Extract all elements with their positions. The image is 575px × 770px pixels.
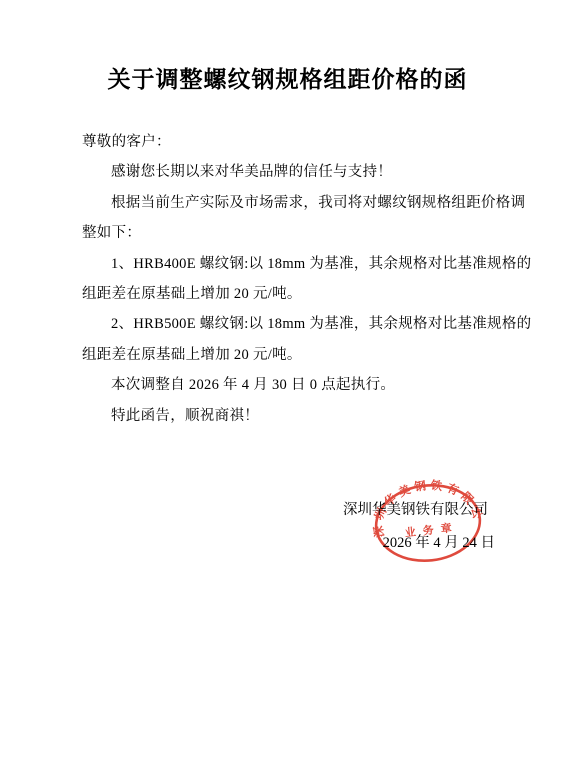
body-line-thanks: 感谢您长期以来对华美品牌的信任与支持！ [82, 157, 518, 187]
salutation-line: 尊敬的客户： [82, 127, 518, 157]
body-line-effective-date: 本次调整自 2026 年 4 月 30 日 0 点起执行。 [82, 370, 518, 400]
body-line-item2-cont: 组距差在原基础上增加 20 元/吨。 [82, 340, 518, 370]
signature-date: 2026 年 4 月 24 日 [383, 535, 495, 552]
body-line-item1-cont: 组距差在原基础上增加 20 元/吨。 [82, 279, 518, 309]
body-line-item2: 2、HRB500E 螺纹钢:以 18mm 为基准，其余规格对比基准规格的 [82, 309, 518, 339]
document-title: 关于调整螺纹钢规格组距价格的函 [0, 61, 575, 94]
body-line-closing: 特此函告，顺祝商祺！ [82, 401, 518, 431]
company-seal: 深圳华美钢铁有限公司 业务章 [368, 477, 488, 569]
body-line-intro: 根据当前生产实际及市场需求，我司将对螺纹钢规格组距价格调 [82, 188, 518, 218]
signature-company: 深圳华美钢铁有限公司 [343, 502, 488, 519]
document-page: 关于调整螺纹钢规格组距价格的函 尊敬的客户： 感谢您长期以来对华美品牌的信任与支… [0, 0, 575, 770]
body-line-item1: 1、HRB400E 螺纹钢:以 18mm 为基准，其余规格对比基准规格的 [82, 249, 518, 279]
body-line-intro-cont: 整如下： [82, 218, 518, 248]
document-body: 尊敬的客户： 感谢您长期以来对华美品牌的信任与支持！ 根据当前生产实际及市场需求… [82, 127, 518, 431]
seal-border-ellipse [372, 480, 483, 565]
